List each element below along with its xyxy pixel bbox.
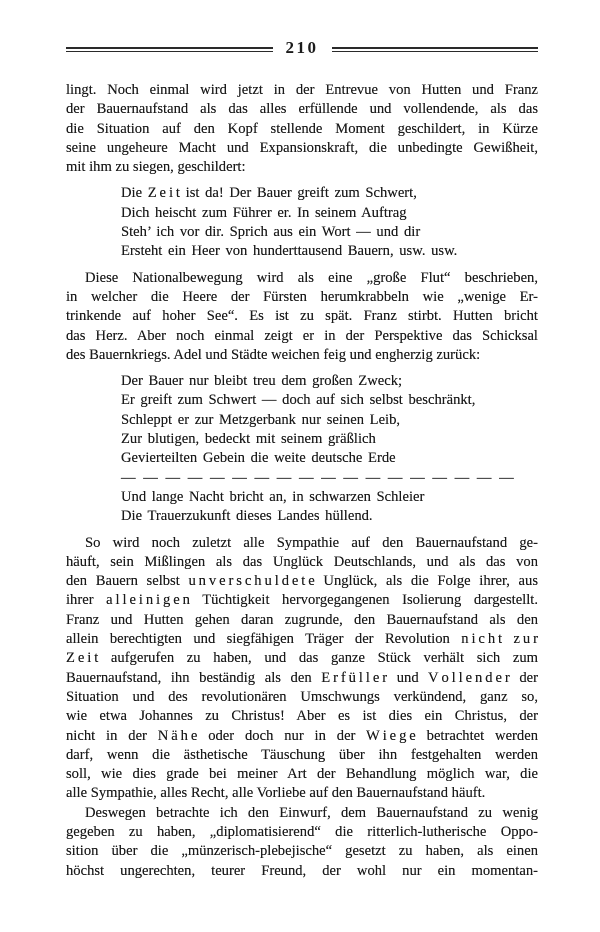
verse-line: Und lange Nacht bricht an, in schwarzen …: [121, 488, 538, 507]
ellipsis-dash-line: — — — — — — — — — — — — — — — — — —: [121, 469, 538, 488]
text-line: höchst ungerechten, teurer Freund, der w…: [66, 862, 538, 881]
text-line: trinkende auf hoher See“. Es ist zu spät…: [66, 307, 538, 326]
verse-line: Gevierteilten Gebein die weite deutsche …: [121, 449, 538, 468]
text-line: darf, wenn die ästhetische Täuschung übe…: [66, 746, 538, 765]
text-line: Deswegen betrachte ich den Einwurf, dem …: [66, 804, 538, 823]
text-line: Diese Nationalbewegung wird als eine „gr…: [66, 269, 538, 288]
verse-block-1: Die Z e i t ist da! Der Bauer greift zum…: [121, 184, 538, 261]
page-number: 210: [286, 39, 319, 57]
text-line: Z e i t aufgerufen zu haben, und das gan…: [66, 649, 538, 668]
text-line: So wird noch zuletzt alle Sympathie auf …: [66, 534, 538, 553]
text-line: in welcher die Heere der Fürsten herumkr…: [66, 288, 538, 307]
text-line: alle Sympathie, alles Recht, alle Vorlie…: [66, 784, 538, 803]
verse-block-2: Der Bauer nur bleibt treu dem großen Zwe…: [121, 372, 538, 526]
verse-line: Schleppt er zur Metzgerbank nur seinen L…: [121, 411, 538, 430]
text-line: Situation und des revolutionären Umschwu…: [66, 688, 538, 707]
text-line: nicht in der N ä h e oder doch nur in de…: [66, 727, 538, 746]
text-line: häuft, sein Mißlingen als das Unglück De…: [66, 553, 538, 572]
text-line: sition über die „münzerisch-plebejische“…: [66, 842, 538, 861]
paragraph-2: Diese Nationalbewegung wird als eine „gr…: [66, 269, 538, 365]
paragraph-4: Deswegen betrachte ich den Einwurf, dem …: [66, 804, 538, 881]
text-line: wie etwa Johannes zu Christus! Aber es i…: [66, 707, 538, 726]
verse-line: Er greift zum Schwert — doch auf sich se…: [121, 391, 538, 410]
verse-line: Ersteht ein Heer von hunderttausend Baue…: [121, 242, 538, 261]
text-line: mit ihm zu siegen, geschildert:: [66, 158, 538, 177]
text-line: Franz und Hutten gehen daran zugrunde, d…: [66, 611, 538, 630]
verse-line: Zur blutigen, bedeckt mit seinem gräßlic…: [121, 430, 538, 449]
paragraph-1: lingt. Noch einmal wird jetzt in der Ent…: [66, 81, 538, 177]
page-header: 210: [66, 40, 538, 58]
verse-line: Dich heischt zum Führer er. In seinem Au…: [121, 204, 538, 223]
header-rule-left: [66, 47, 273, 52]
text-line: seine ungeheure Macht und Expansionskraf…: [66, 139, 538, 158]
verse-line: Die Trauerzukunft dieses Landes hüllend.: [121, 507, 538, 526]
text-line: den Bauern selbst u n v e r s c h u l d …: [66, 572, 538, 591]
text-line: soll, wie dies grade bei meiner Art der …: [66, 765, 538, 784]
text-line: Bauernaufstand, ihn beständig als den E …: [66, 669, 538, 688]
text-line: das Herz. Aber noch einmal zeigt er in d…: [66, 327, 538, 346]
text-line: gegeben zu haben, „diplomatisierend“ die…: [66, 823, 538, 842]
verse-line: Die Z e i t ist da! Der Bauer greift zum…: [121, 184, 538, 203]
text-line: ihrer a l l e i n i g e n Tüchtigkeit he…: [66, 591, 538, 610]
verse-line: Steh’ ich vor dir. Sprich aus ein Wort —…: [121, 223, 538, 242]
text-line: der Bauernaufstand als das alles erfülle…: [66, 100, 538, 119]
page-text: lingt. Noch einmal wird jetzt in der Ent…: [66, 81, 538, 881]
text-line: des Bauernkriegs. Adel und Städte weiche…: [66, 346, 538, 365]
paragraph-3: So wird noch zuletzt alle Sympathie auf …: [66, 534, 538, 804]
text-line: lingt. Noch einmal wird jetzt in der Ent…: [66, 81, 538, 100]
verse-line: Der Bauer nur bleibt treu dem großen Zwe…: [121, 372, 538, 391]
text-line: die Situation auf den Kopf stellende Mom…: [66, 120, 538, 139]
book-page: 210 lingt. Noch einmal wird jetzt in der…: [0, 0, 600, 932]
text-line: allein berechtigten und siegfähigen Träg…: [66, 630, 538, 649]
header-rule-right: [332, 47, 539, 52]
